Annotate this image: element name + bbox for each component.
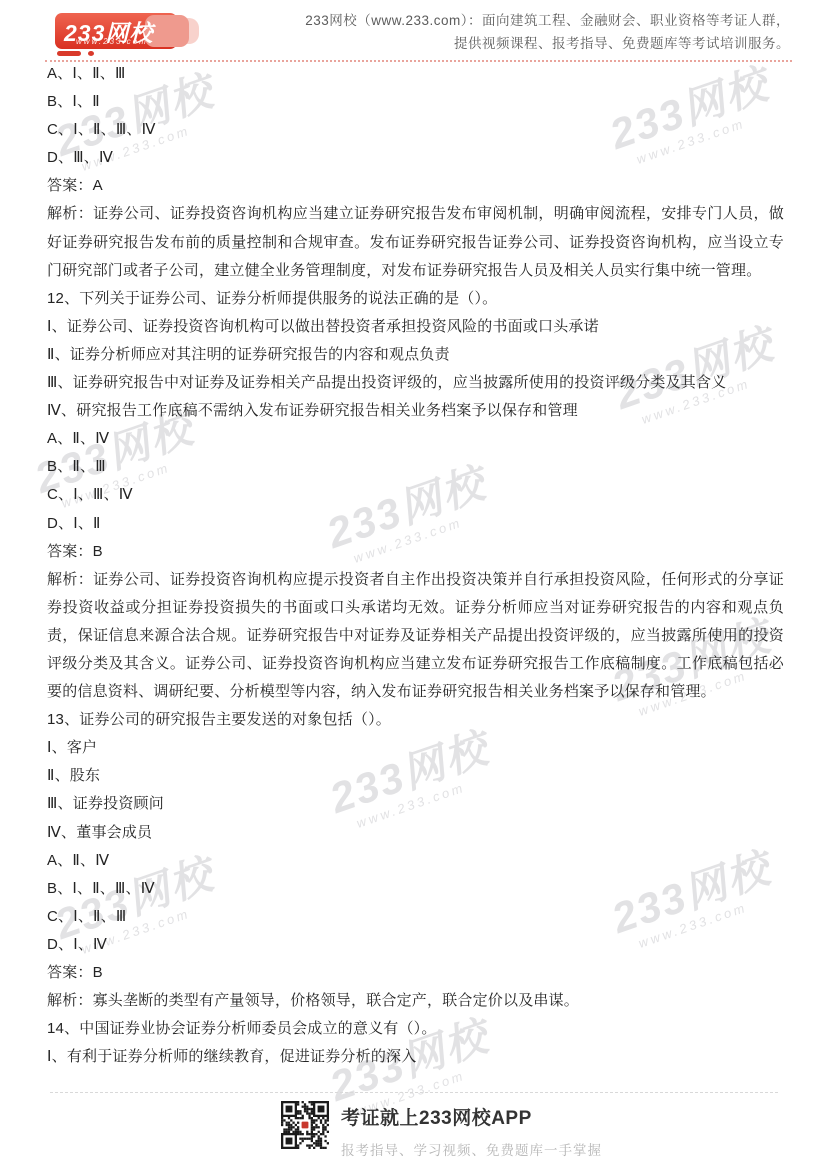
question-line: 14、中国证券业协会证券分析师委员会成立的意义有（）。 — [47, 1015, 784, 1043]
qr-code-icon — [281, 1101, 329, 1149]
question-line: 12、下列关于证券公司、证券分析师提供服务的说法正确的是（）。 — [47, 285, 784, 313]
exam-content: A、Ⅰ、Ⅱ、ⅢB、Ⅰ、ⅡC、Ⅰ、Ⅱ、Ⅲ、ⅣD、Ⅲ、Ⅳ答案：A解析：证券公司、证券… — [47, 60, 784, 1071]
option-line: A、Ⅰ、Ⅱ、Ⅲ — [47, 60, 784, 88]
item-line: Ⅱ、股东 — [47, 762, 784, 790]
tagline-line-2: 提供视频课程、报考指导、免费题库等考试培训服务。 — [305, 32, 790, 55]
item-line: Ⅱ、证券分析师应对其注明的证券研究报告的内容和观点负责 — [47, 341, 784, 369]
footer-text-block: 考证就上233网校APP 报考指导、学习视频、免费题库一手掌握 — [341, 1101, 602, 1159]
question-line: 13、证券公司的研究报告主要发送的对象包括（）。 — [47, 706, 784, 734]
logo-dot-decoration — [88, 51, 94, 56]
item-line: Ⅲ、证券投资顾问 — [47, 790, 784, 818]
option-line: B、Ⅱ、Ⅲ — [47, 453, 784, 481]
answer-line: 答案：A — [47, 172, 784, 200]
option-line: C、Ⅰ、Ⅱ、Ⅲ、Ⅳ — [47, 116, 784, 144]
explanation-line: 解析：寡头垄断的类型有产量领导，价格领导，联合定产，联合定价以及串谋。 — [47, 987, 784, 1015]
item-line: Ⅰ、证券公司、证券投资咨询机构可以做出替投资者承担投资风险的书面或口头承诺 — [47, 313, 784, 341]
option-line: D、Ⅲ、Ⅳ — [47, 144, 784, 172]
header-divider — [45, 60, 792, 62]
item-line: Ⅳ、董事会成员 — [47, 819, 784, 847]
option-line: C、Ⅰ、Ⅲ、Ⅳ — [47, 481, 784, 509]
exam-document-page: 233网校www.233.com233网校www.233.com233网校www… — [0, 0, 830, 1175]
option-line: A、Ⅱ、Ⅳ — [47, 847, 784, 875]
footer-app-title: 考证就上233网校APP — [341, 1103, 602, 1130]
item-line: Ⅲ、证券研究报告中对证券及证券相关产品提出投资评级的，应当披露所使用的投资评级分… — [47, 369, 784, 397]
option-line: B、Ⅰ、Ⅱ — [47, 88, 784, 116]
answer-line: 答案：B — [47, 959, 784, 987]
header-tagline: 233网校（www.233.com）：面向建筑工程、金融财会、职业资格等考证人群… — [305, 9, 790, 55]
option-line: B、Ⅰ、Ⅱ、Ⅲ、Ⅳ — [47, 875, 784, 903]
option-line: C、Ⅰ、Ⅱ、Ⅲ — [47, 903, 784, 931]
explanation-line: 解析：证券公司、证券投资咨询机构应当建立证券研究报告发布审阅机制，明确审阅流程，… — [47, 200, 784, 284]
brand-logo: 233网校 www.233.com — [55, 13, 177, 49]
item-line: Ⅰ、客户 — [47, 734, 784, 762]
item-line: Ⅳ、研究报告工作底稿不需纳入发布证券研究报告相关业务档案予以保存和管理 — [47, 397, 784, 425]
logo-dash-decoration — [57, 51, 81, 56]
footer-divider — [50, 1092, 778, 1093]
tagline-line-1: 233网校（www.233.com）：面向建筑工程、金融财会、职业资格等考证人群… — [305, 9, 790, 32]
logo-url: www.233.com — [76, 37, 148, 46]
option-line: D、Ⅰ、Ⅳ — [47, 931, 784, 959]
footer-app-subtitle: 报考指导、学习视频、免费题库一手掌握 — [341, 1139, 602, 1159]
explanation-line: 解析：证券公司、证券投资咨询机构应提示投资者自主作出投资决策并自行承担投资风险，… — [47, 566, 784, 706]
page-footer: 考证就上233网校APP 报考指导、学习视频、免费题库一手掌握 — [281, 1101, 602, 1159]
page-header: 233网校 www.233.com 233网校（www.233.com）：面向建… — [0, 0, 830, 60]
item-line: Ⅰ、有利于证券分析师的继续教育，促进证券分析的深入 — [47, 1043, 784, 1071]
option-line: A、Ⅱ、Ⅳ — [47, 425, 784, 453]
answer-line: 答案：B — [47, 538, 784, 566]
option-line: D、Ⅰ、Ⅱ — [47, 510, 784, 538]
